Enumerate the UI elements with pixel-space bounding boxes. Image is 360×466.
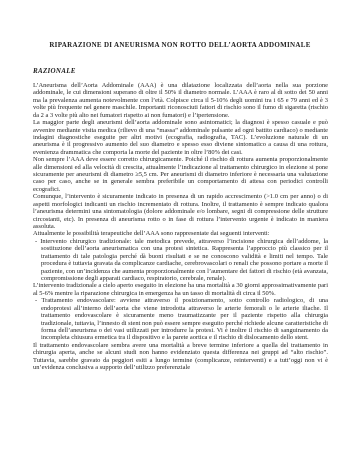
body-paragraph-mortalita-tradizionale: L’intervento tradizionale a cielo aperto… <box>33 282 328 297</box>
document-page: RIPARAZIONE DI ANEURISMA NON ROTTO DELL’… <box>0 0 360 466</box>
document-title: RIPARAZIONE DI ANEURISMA NON ROTTO DELL’… <box>32 41 328 49</box>
section-heading-razionale: RAZIONALE <box>33 67 76 75</box>
body-paragraph-diagnosi: La maggior parte degli aneurismi dell’ao… <box>33 119 328 156</box>
bullet-item-trattamento-endovascolare: - Trattamento endovascolare: avviene att… <box>33 297 328 342</box>
body-paragraph-mortalita-endovascolare: Il trattamento endovascolare sembra aver… <box>33 342 328 372</box>
body-paragraph-possibilita-terapeutiche: Attualmente le possibilità terapeutiche … <box>33 230 328 237</box>
bullet-item-intervento-tradizionale: - Intervento chirurgico tradizionale: ta… <box>33 238 328 283</box>
document-body: L’Aneurisma dell’Aorta Addominale (AAA) … <box>33 82 328 371</box>
body-paragraph-indicazione: Non sempre l’AAA deve essere corretto ch… <box>33 156 328 193</box>
body-paragraph-intervento-indicato: Comunque, l’intervento è sicuramente ind… <box>33 193 328 230</box>
body-paragraph-intro: L’Aneurisma dell’Aorta Addominale (AAA) … <box>33 82 328 119</box>
